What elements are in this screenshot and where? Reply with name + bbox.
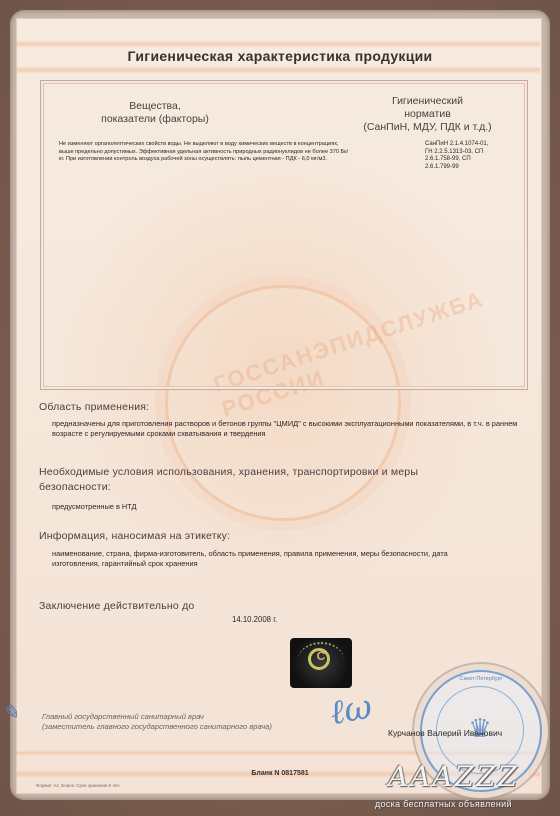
header-line: Вещества, <box>80 100 230 113</box>
norm-line: 2.6.1.799-99 <box>425 164 525 172</box>
conditions-text: предусмотренные в НТД <box>52 502 137 512</box>
norm-line: 2.6.1.758-99, СП <box>425 156 525 164</box>
header-line: норматив <box>345 108 510 121</box>
decorative-band <box>16 66 540 74</box>
hologram-letter: C <box>290 649 352 663</box>
signature-icon: ✎ <box>2 700 19 724</box>
table-cell-norms: СанПиН 2.1.4.1074-01, ГН 2.2.5.1313-03, … <box>425 141 525 171</box>
norm-line: СанПиН 2.1.4.1074-01, <box>425 141 525 149</box>
site-watermark-logo: AAAZZZ <box>388 760 519 793</box>
signer-title: Главный государственный санитарный врач … <box>42 712 272 732</box>
decorative-band <box>16 40 540 48</box>
norm-line: ГН 2.2.5.1313-03, СП <box>425 149 525 157</box>
site-watermark-tagline: доска бесплатных объявлений <box>375 799 512 809</box>
header-line: показатели (факторы) <box>80 113 230 126</box>
validity-date: 14.10.2008 г. <box>232 615 277 624</box>
label-info-text: наименование, страна, фирма-изготовитель… <box>52 549 472 569</box>
validity-label: Заключение действительно до <box>39 600 194 612</box>
header-line: (СанПиН, МДУ, ПДК и т.д.) <box>345 121 510 134</box>
header-line: Гигиенический <box>345 95 510 108</box>
signer-title-line: (заместитель главного государственного с… <box>42 722 272 732</box>
application-text: предназначены для приготовления растворо… <box>52 419 542 439</box>
table-cell-substances: Не изменяют органолептических свойств во… <box>59 141 349 164</box>
table-header-substances: Вещества, показатели (факторы) <box>80 100 230 126</box>
application-label: Область применения: <box>39 401 149 413</box>
table-header-norms: Гигиенический норматив (СанПиН, МДУ, ПДК… <box>345 95 510 134</box>
signer-name: Курчанов Валерий Иванович <box>388 728 502 738</box>
document-title: Гигиеническая характеристика продукции <box>0 48 560 64</box>
format-note: Формат А4. Бланк. Срок хранения 5 лет. <box>36 783 120 788</box>
stamp-text: Санкт-Петербург <box>422 676 540 682</box>
handwritten-signature-icon: ℓω <box>327 687 375 734</box>
hologram-seal-icon: C <box>290 638 352 688</box>
label-info-label: Информация, наносимая на этикетку: <box>39 530 230 542</box>
signer-title-line: Главный государственный санитарный врач <box>42 712 272 722</box>
conditions-label: Необходимые условия использования, хране… <box>39 465 439 495</box>
